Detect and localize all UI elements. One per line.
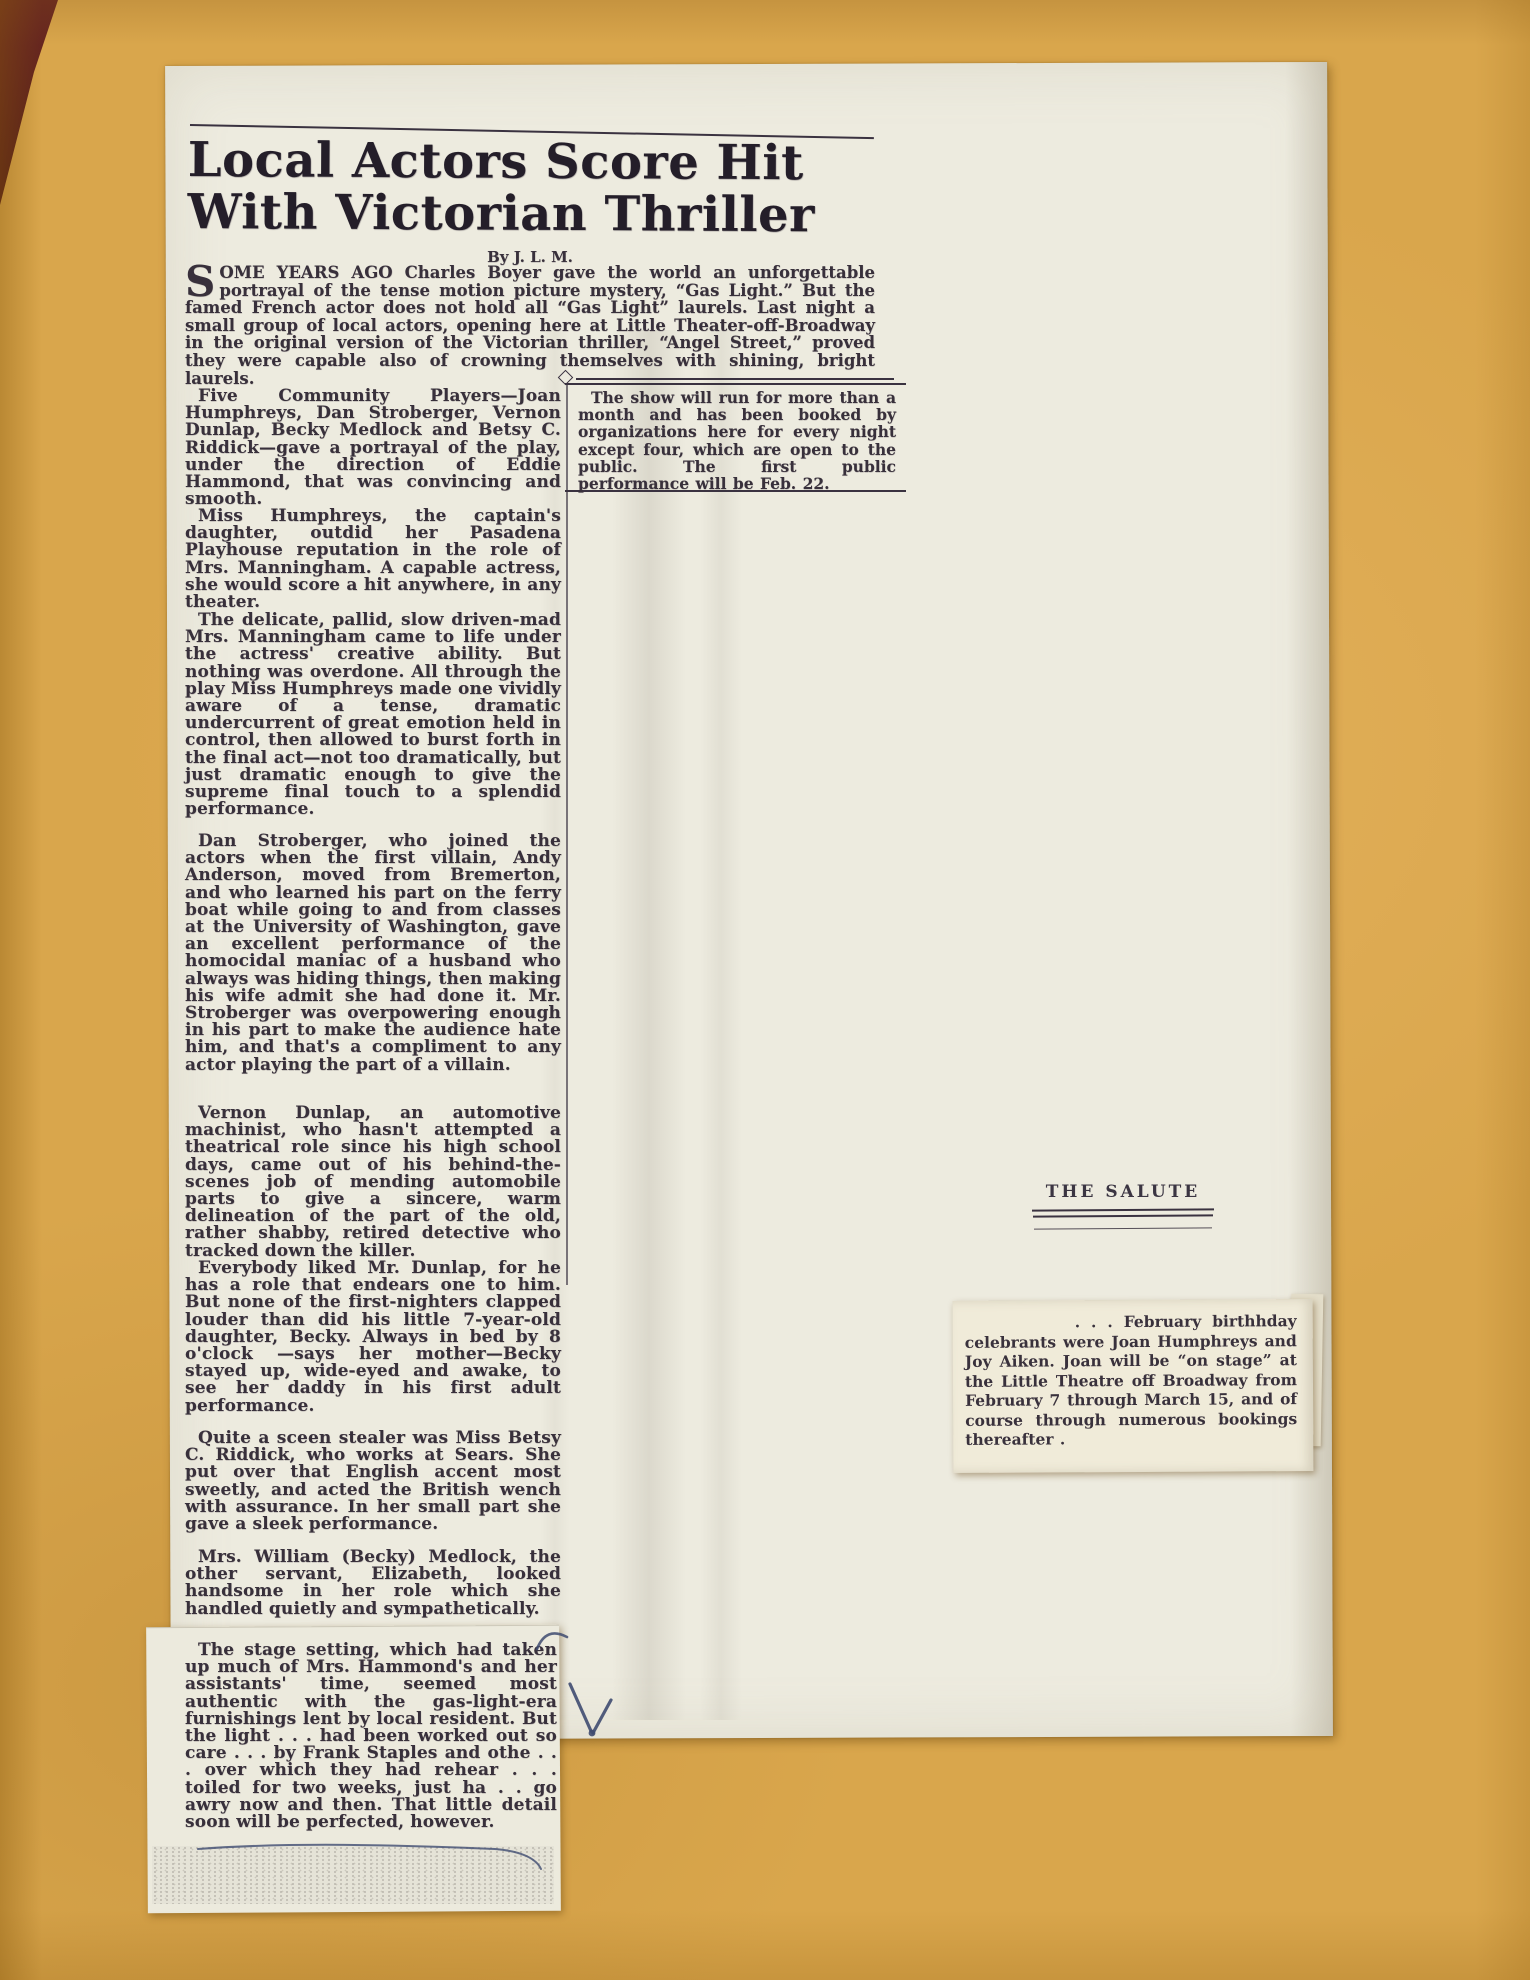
drop-cap: S [185, 265, 215, 298]
body-paragraph: Everybody liked Mr. Dunlap, for he has a… [185, 1260, 561, 1415]
article-headline: Local Actors Score Hit With Victorian Th… [187, 134, 908, 242]
headline-line-2: With Victorian Thriller [187, 186, 907, 242]
lead-paragraph: SOME YEARS AGO Charles Boyer gave the wo… [185, 264, 875, 387]
headline-line-1: Local Actors Score Hit [188, 134, 908, 190]
show-run-box: The show will run for more than a month … [565, 383, 906, 492]
torn-paper-texture [152, 1846, 554, 1904]
body-paragraph: Mrs. William (Becky) Medlock, the other … [185, 1549, 561, 1618]
body-paragraph: Miss Humphreys, the captain's daughter, … [185, 508, 561, 611]
scrapbook-photo: { "colors": { "background": "#d9a64c", "… [0, 0, 1530, 1980]
section-divider-rule [576, 378, 894, 380]
body-paragraph: The delicate, pallid, slow driven-mad Mr… [185, 612, 561, 818]
february-clipping-text: . . . February birthhday celebrants were… [953, 1299, 1314, 1449]
salute-heading: THE SALUTE [1032, 1182, 1214, 1202]
show-run-text: The show will run for more than a month … [578, 389, 896, 492]
column-rule [566, 385, 568, 1285]
body-paragraph: Quite a sceen stealer was Miss Betsy C. … [185, 1430, 561, 1533]
body-paragraph: Vernon Dunlap, an automotive machinist, … [185, 1105, 561, 1260]
album-corner-shadow [0, 0, 70, 215]
february-clipping: . . . February birthhday celebrants were… [953, 1299, 1314, 1473]
body-paragraph: The stage setting, which had taken up mu… [185, 1642, 557, 1831]
lead-text: OME YEARS AGO Charles Boyer gave the wor… [185, 263, 875, 388]
body-paragraph: Five Community Players—Joan Humphreys, D… [185, 388, 561, 508]
body-paragraph: Dan Stroberger, who joined the actors wh… [185, 833, 561, 1074]
paper-crease [1285, 62, 1333, 1736]
